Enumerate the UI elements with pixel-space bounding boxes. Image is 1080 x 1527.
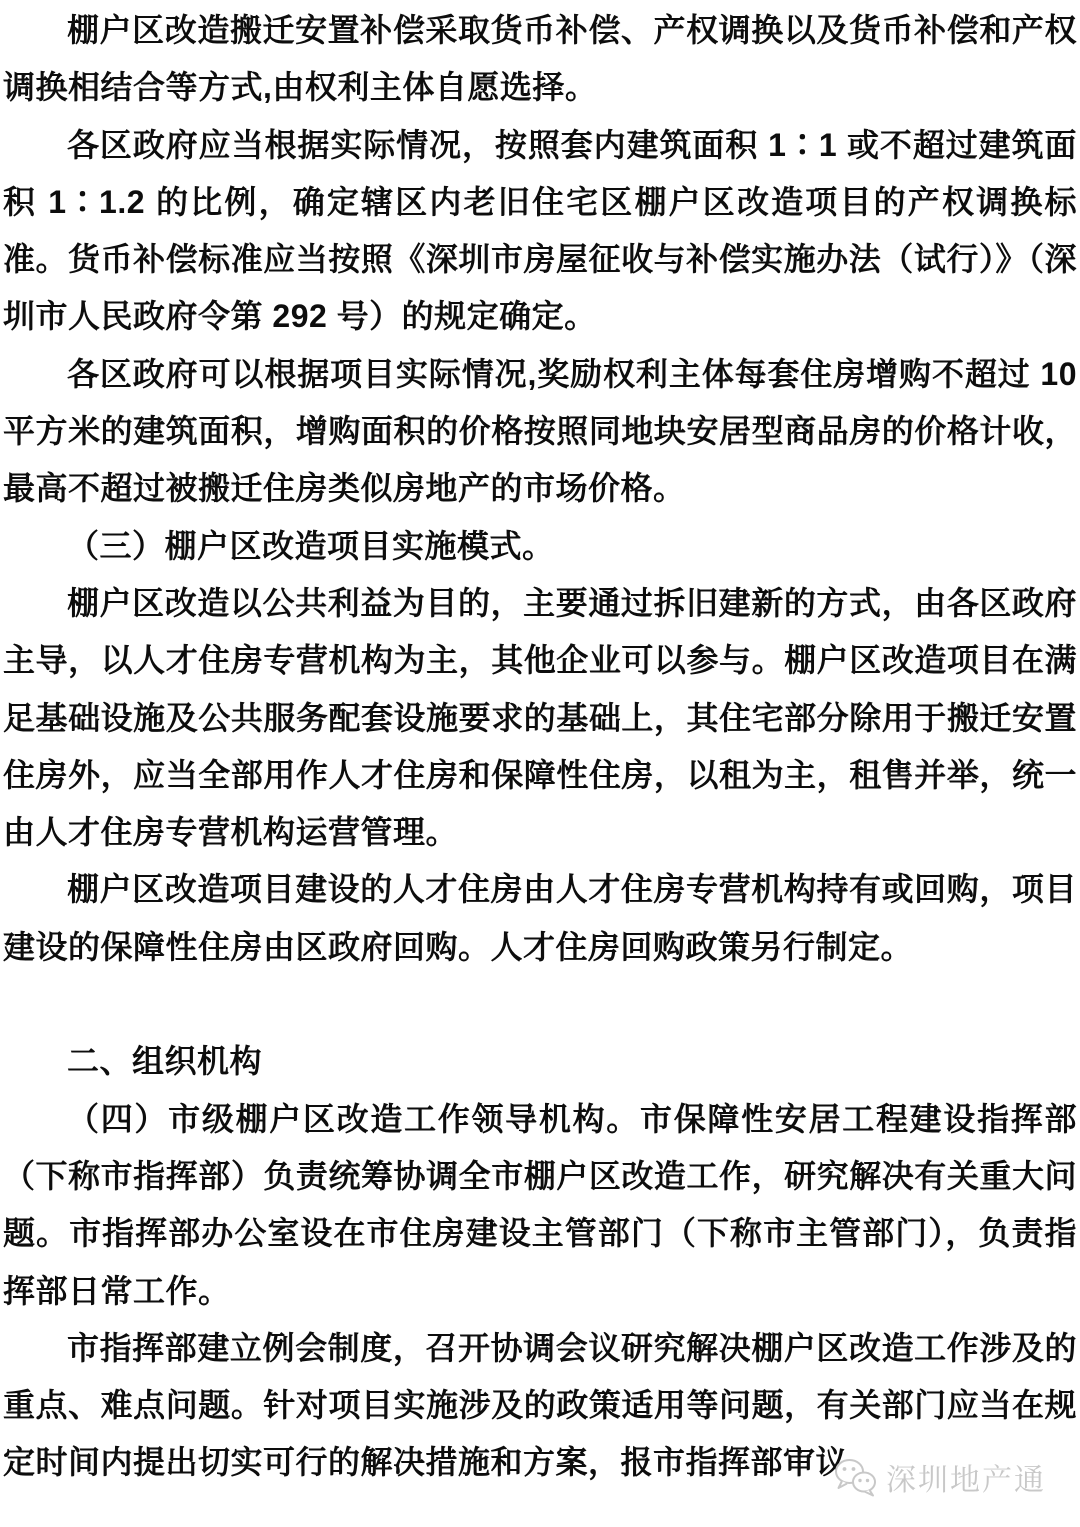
para-compensation-methods: 棚户区改造搬迁安置补偿采取货币补偿、产权调换以及货币补偿和产权调换相结合等方式,… [3,2,1077,117]
wechat-icon [833,1457,879,1497]
watermark-label: 深圳地产通 [886,1455,1046,1499]
para-item-4-municipal-leadership: （四）市级棚户区改造工作领导机构。市保障性安居工程建设指挥部（下称市指挥部）负责… [3,1091,1077,1320]
para-implementation-details: 棚户区改造以公共利益为目的，主要通过拆旧建新的方式，由各区政府主导，以人才住房专… [3,575,1077,861]
para-talent-housing-buyback: 棚户区改造项目建设的人才住房由人才住房专营机构持有或回购，项目建设的保障性住房由… [3,861,1077,976]
watermark: 深圳地产通 [833,1455,1046,1499]
para-property-swap-standard: 各区政府应当根据实际情况，按照套内建筑面积 1∶1 或不超过建筑面积 1∶1.2… [3,117,1077,346]
para-item-3-implementation-mode: （三）棚户区改造项目实施模式。 [3,518,1077,575]
heading-organization: 二、组织机构 [3,1033,1077,1090]
document-body: 棚户区改造搬迁安置补偿采取货币补偿、产权调换以及货币补偿和产权调换相结合等方式,… [0,0,1080,1492]
para-bonus-purchase: 各区政府可以根据项目实际情况,奖励权利主体每套住房增购不超过 10 平方米的建筑… [3,346,1077,518]
